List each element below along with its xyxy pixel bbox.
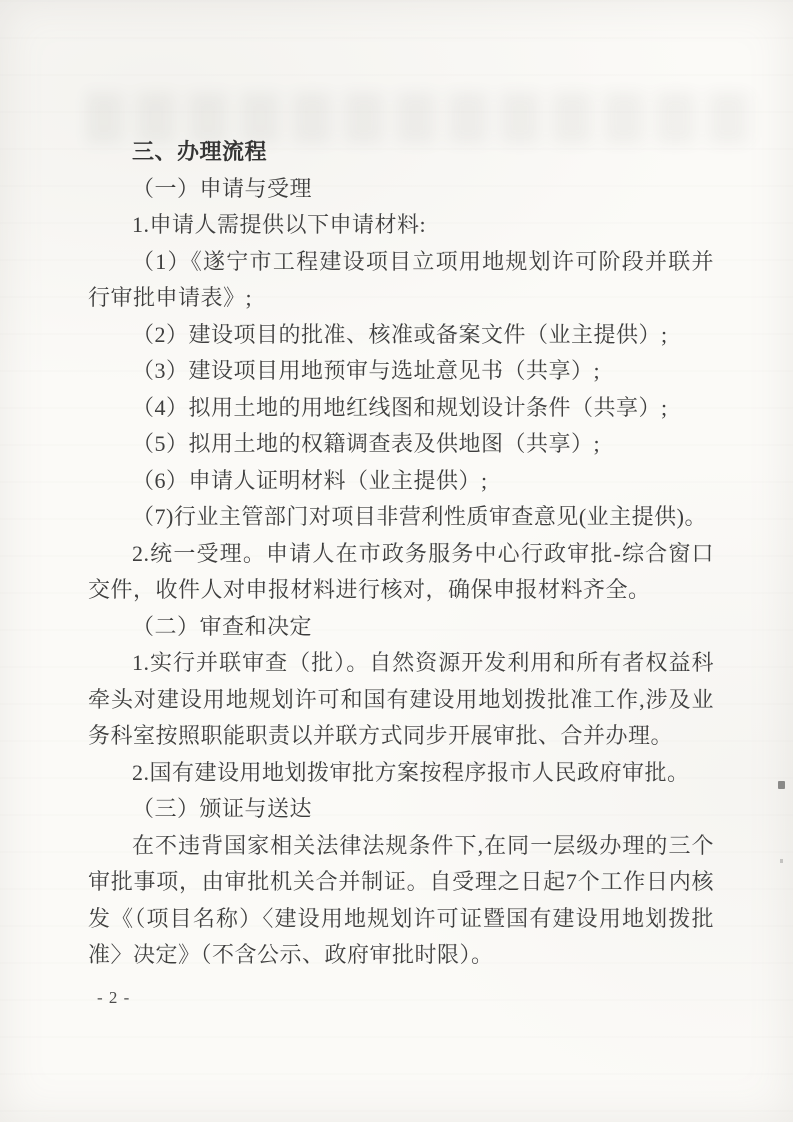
list-item-material-2: （2）建设项目的批准、核准或备案文件（业主提供）; xyxy=(88,317,714,354)
paragraph-materials-intro: 1.申请人需提供以下申请材料: xyxy=(88,207,714,244)
paragraph-government-approval: 2.国有建设用地划拨审批方案按程序报市人民政府审批。 xyxy=(88,755,714,792)
list-item-material-3: （3）建设项目用地预审与选址意见书（共享）; xyxy=(88,353,714,390)
paragraph-certificate-issuance: 在不违背国家相关法律法规条件下,在同一层级办理的三个审批事项，由审批机关合并制证… xyxy=(88,828,714,974)
page-number: - 2 - xyxy=(97,988,130,1008)
scan-speck xyxy=(778,781,785,789)
paragraph-unified-acceptance: 2.统一受理。申请人在市政务服务中心行政审批-综合窗口交件，收件人对申报材料进行… xyxy=(88,536,714,609)
list-item-material-7: （7)行业主管部门对项目非营利性质审查意见(业主提供)。 xyxy=(88,499,714,536)
document-body: 三、办理流程 （一）申请与受理 1.申请人需提供以下申请材料: （1）《遂宁市工… xyxy=(88,134,714,974)
list-item-material-6: （6）申请人证明材料（业主提供）; xyxy=(88,463,714,500)
list-item-material-4: （4）拟用土地的用地红线图和规划设计条件（共享）; xyxy=(88,390,714,427)
subsection-heading-application: （一）申请与受理 xyxy=(88,171,714,208)
document-title: 三、办理流程 xyxy=(88,134,714,171)
scanned-document-page: 三、办理流程 （一）申请与受理 1.申请人需提供以下申请材料: （1）《遂宁市工… xyxy=(0,0,793,1122)
list-item-material-5: （5）拟用土地的权籍调查表及供地图（共享）; xyxy=(88,426,714,463)
subsection-heading-certificate: （三）颁证与送达 xyxy=(88,791,714,828)
list-item-material-1: （1）《遂宁市工程建设项目立项用地规划许可阶段并联并行审批申请表》; xyxy=(88,244,714,317)
subsection-heading-review: （二）审查和决定 xyxy=(88,609,714,646)
paragraph-parallel-review: 1.实行并联审查（批）。自然资源开发利用和所有者权益科牵头对建设用地规划许可和国… xyxy=(88,645,714,755)
